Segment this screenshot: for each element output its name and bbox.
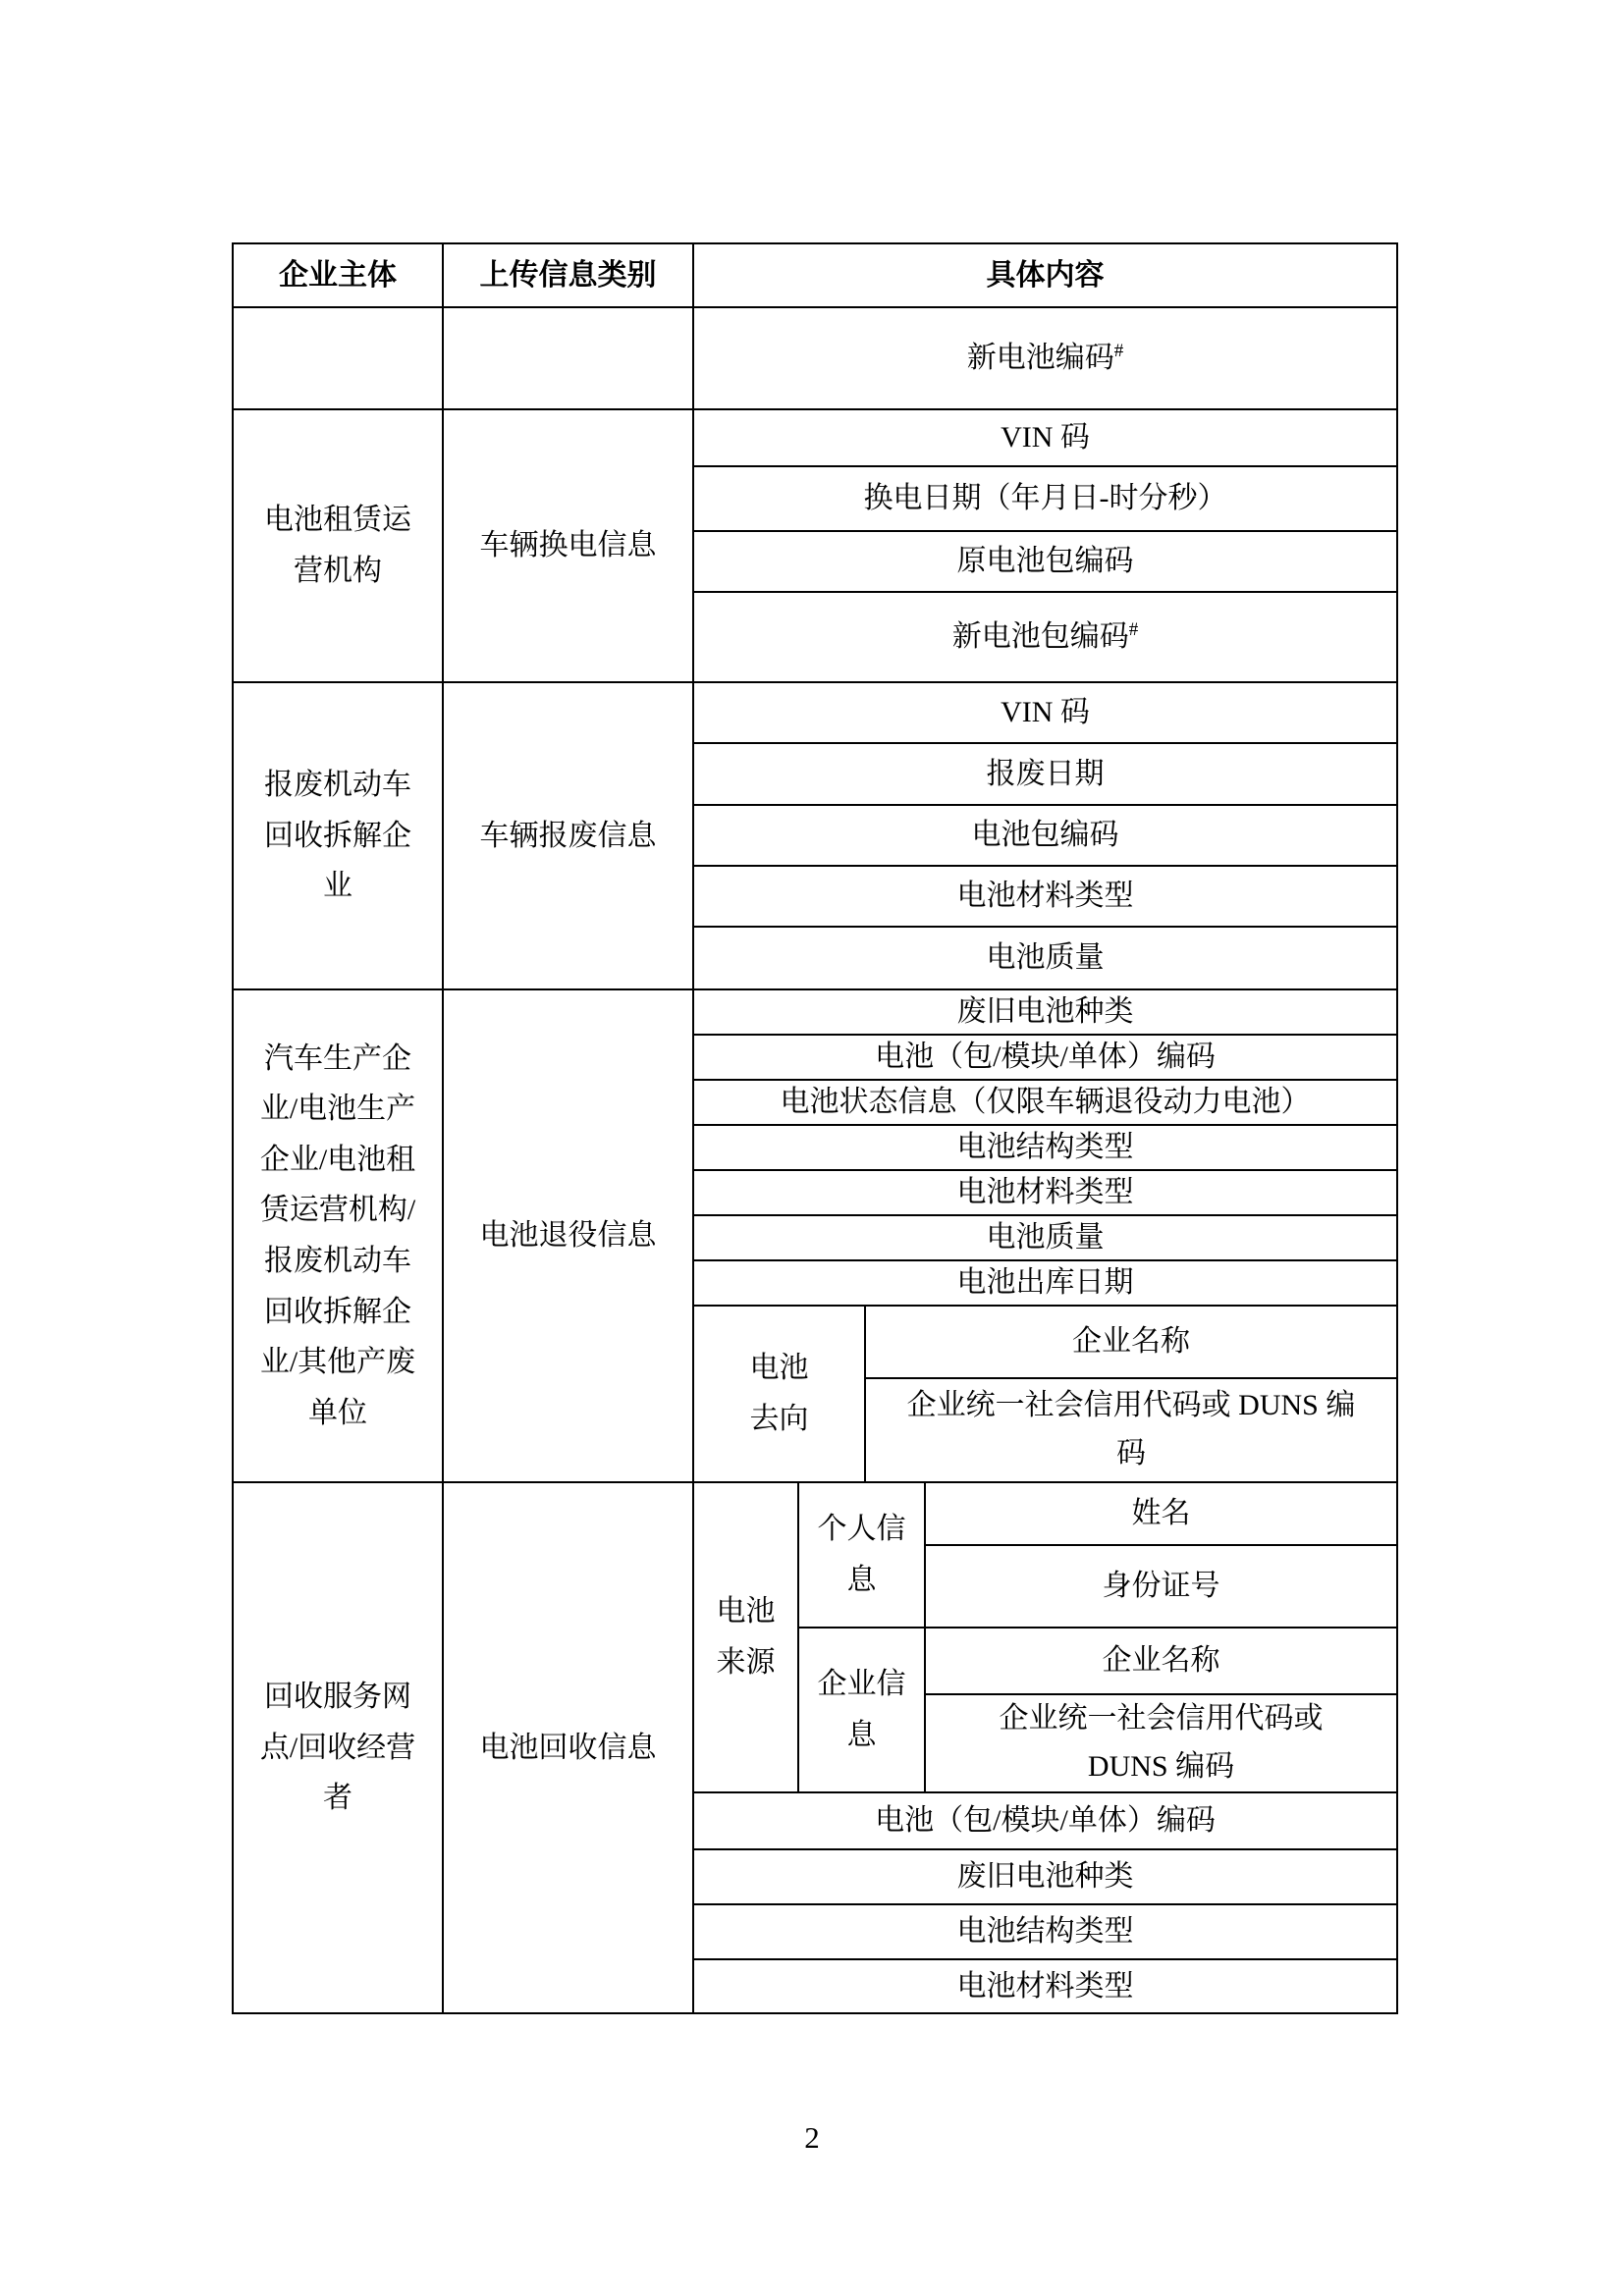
content-cell: 电池质量	[693, 927, 1397, 989]
entity-cell-producers-and-waste-units: 汽车生产企业/电池生产企业/电池租赁运营机构/报废机动车回收拆解企业/其他产废单…	[233, 989, 443, 1482]
content-cell: 企业名称	[865, 1306, 1397, 1378]
content-cell: 企业名称	[925, 1628, 1397, 1694]
content-cell: 废旧电池种类	[693, 989, 1397, 1035]
entity-cell-empty	[233, 307, 443, 409]
table-row: 回收服务网点/回收经营者 电池回收信息 电池来源 个人信息 姓名	[233, 1482, 1397, 1545]
content-cell: 电池包编码	[693, 805, 1397, 866]
hash-superscript: #	[1129, 619, 1139, 640]
header-cell-entity: 企业主体	[233, 243, 443, 307]
content-cell: 报废日期	[693, 743, 1397, 805]
content-cell-credit-code: 企业统一社会信用代码或 DUNS 编码	[865, 1378, 1397, 1482]
content-cell: 废旧电池种类	[693, 1849, 1397, 1904]
table-row: 新电池编码#	[233, 307, 1397, 409]
entity-cell-recycling-outlets-operators: 回收服务网点/回收经营者	[233, 1482, 443, 2013]
category-cell-empty	[443, 307, 693, 409]
content-cell: 换电日期（年月日-时分秒）	[693, 466, 1397, 531]
content-cell-credit-code: 企业统一社会信用代码或 DUNS 编码	[925, 1694, 1397, 1792]
header-cell-category: 上传信息类别	[443, 243, 693, 307]
header-cell-content: 具体内容	[693, 243, 1397, 307]
content-cell: 电池出库日期	[693, 1260, 1397, 1306]
table-row: 报废机动车回收拆解企业 车辆报废信息 VIN 码	[233, 682, 1397, 743]
content-cell: VIN 码	[693, 682, 1397, 743]
content-cell: 电池质量	[693, 1215, 1397, 1260]
table-row: 电池租赁运营机构 车辆换电信息 VIN 码	[233, 409, 1397, 466]
content-cell: 电池结构类型	[693, 1904, 1397, 1959]
content-cell: 姓名	[925, 1482, 1397, 1545]
content-cell: 电池结构类型	[693, 1125, 1397, 1170]
page-number: 2	[0, 2120, 1624, 2156]
content-cell: 原电池包编码	[693, 531, 1397, 592]
category-cell-vehicle-scrapping-info: 车辆报废信息	[443, 682, 693, 989]
content-cell: 电池（包/模块/单体）编码	[693, 1035, 1397, 1080]
content-cell: 新电池包编码#	[693, 592, 1397, 682]
category-cell-battery-retirement-info: 电池退役信息	[443, 989, 693, 1482]
cell-text: 新电池包编码	[952, 620, 1129, 653]
info-upload-table: 企业主体 上传信息类别 具体内容 新电池编码# 电池租赁运营机构 车辆换电信息 …	[232, 242, 1398, 2014]
sublabel-cell-battery-destination: 电池去向	[693, 1306, 865, 1482]
content-cell: 身份证号	[925, 1545, 1397, 1628]
cell-text: 新电池编码	[967, 342, 1114, 374]
content-cell: 电池（包/模块/单体）编码	[693, 1792, 1397, 1849]
entity-cell-battery-leasing-operator: 电池租赁运营机构	[233, 409, 443, 682]
sublabel-cell-enterprise-info: 企业信息	[798, 1628, 925, 1792]
table-header-row: 企业主体 上传信息类别 具体内容	[233, 243, 1397, 307]
table-row: 汽车生产企业/电池生产企业/电池租赁运营机构/报废机动车回收拆解企业/其他产废单…	[233, 989, 1397, 1035]
content-cell: 电池状态信息（仅限车辆退役动力电池）	[693, 1080, 1397, 1125]
document-page: 企业主体 上传信息类别 具体内容 新电池编码# 电池租赁运营机构 车辆换电信息 …	[0, 0, 1624, 2296]
entity-cell-scrap-vehicle-dismantler: 报废机动车回收拆解企业	[233, 682, 443, 989]
category-cell-battery-swap-info: 车辆换电信息	[443, 409, 693, 682]
content-cell: 电池材料类型	[693, 1170, 1397, 1215]
hash-superscript: #	[1114, 341, 1124, 361]
category-cell-battery-recycling-info: 电池回收信息	[443, 1482, 693, 2013]
info-upload-table-container: 企业主体 上传信息类别 具体内容 新电池编码# 电池租赁运营机构 车辆换电信息 …	[232, 242, 1398, 2014]
content-cell: VIN 码	[693, 409, 1397, 466]
content-cell: 电池材料类型	[693, 866, 1397, 927]
sublabel-cell-battery-source: 电池来源	[693, 1482, 798, 1792]
content-cell: 新电池编码#	[693, 307, 1397, 409]
sublabel-cell-personal-info: 个人信息	[798, 1482, 925, 1628]
content-cell: 电池材料类型	[693, 1959, 1397, 2013]
